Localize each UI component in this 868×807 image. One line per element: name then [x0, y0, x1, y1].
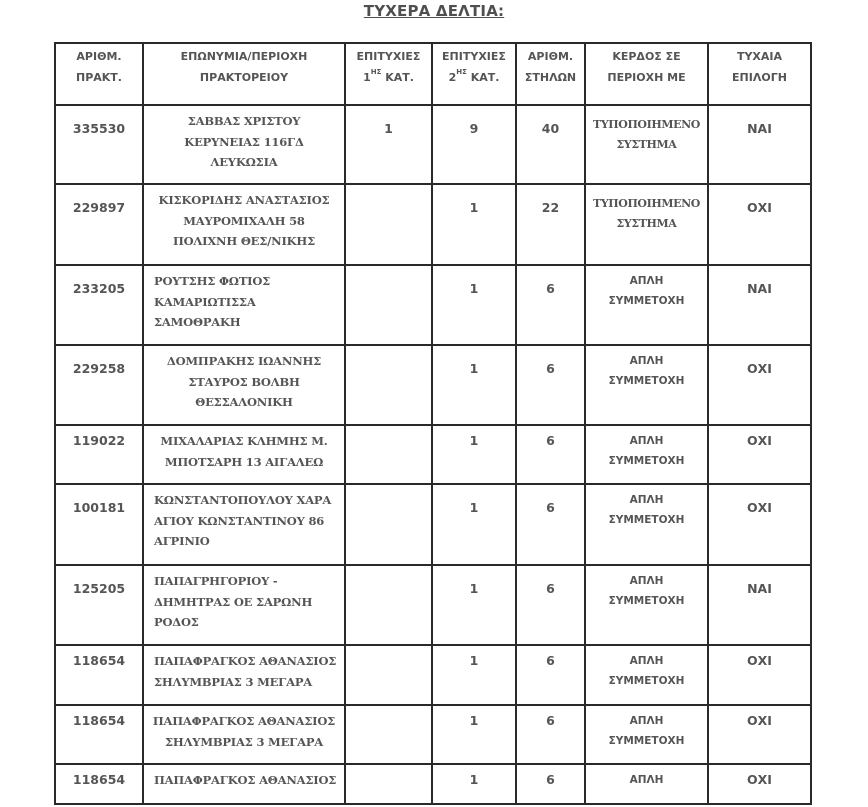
wins-cat2: 1 [432, 705, 516, 764]
random-pick: ΟΧΙ [708, 425, 811, 484]
table-row: 233205ΡΟΥΤΣΗΣ ΦΩΤΙΟΣΚΑΜΑΡΙΩΤΙΣΣΑΣΑΜΟΘΡΑΚ… [55, 265, 811, 345]
table-row: 125205ΠΑΠΑΓΡΗΓΟΡΙΟΥ -ΔΗΜΗΤΡΑΣ ΟΕ ΣΑΡΩΝΗΡ… [55, 565, 811, 645]
agency-name-area: ΣΑΒΒΑΣ ΧΡΙΣΤΟΥΚΕΡΥΝΕΙΑΣ 116ΓΔΛΕΥΚΩΣΙΑ [143, 105, 345, 184]
random-pick: ΟΧΙ [708, 645, 811, 705]
agency-name-area: ΠΑΠΑΓΡΗΓΟΡΙΟΥ -ΔΗΜΗΤΡΑΣ ΟΕ ΣΑΡΩΝΗΡΟΔΟΣ [143, 565, 345, 645]
wins-cat1 [345, 764, 432, 804]
agency-name-area: ΡΟΥΤΣΗΣ ΦΩΤΙΟΣΚΑΜΑΡΙΩΤΙΣΣΑΣΑΜΟΘΡΑΚΗ [143, 265, 345, 345]
columns-count: 6 [516, 425, 585, 484]
agency-name-area: ΜΙΧΑΛΑΡΙΑΣ ΚΛΗΜΗΣ Μ.ΜΠΟΤΣΑΡΗ 13 ΑΙΓΑΛΕΩ [143, 425, 345, 484]
wins-cat1 [345, 645, 432, 705]
header-random-pick: ΤΥΧΑΙΑ ΕΠΙΛΟΓΗ [708, 43, 811, 105]
header-agency-no: ΑΡΙΘΜ. ΠΡΑΚΤ. [55, 43, 143, 105]
wins-cat2: 1 [432, 345, 516, 425]
prize-via: ΑΠΛΗΣΥΜΜΕΤΟΧΗ [585, 645, 708, 705]
table-row: 119022ΜΙΧΑΛΑΡΙΑΣ ΚΛΗΜΗΣ Μ.ΜΠΟΤΣΑΡΗ 13 ΑΙ… [55, 425, 811, 484]
agency-number: 229258 [55, 345, 143, 425]
random-pick: ΟΧΙ [708, 484, 811, 565]
wins-cat1 [345, 425, 432, 484]
wins-cat1 [345, 345, 432, 425]
random-pick: ΝΑΙ [708, 105, 811, 184]
wins-cat1 [345, 705, 432, 764]
columns-count: 40 [516, 105, 585, 184]
table-row: 118654ΠΑΠΑΦΡΑΓΚΟΣ ΑΘΑΝΑΣΙΟΣΣΗΛΥΜΒΡΙΑΣ 3 … [55, 645, 811, 705]
prize-via: ΤΥΠΟΠΟΙΗΜΕΝΟΣΥΣΤΗΜΑ [585, 105, 708, 184]
agency-number: 118654 [55, 705, 143, 764]
wins-cat2: 1 [432, 184, 516, 265]
agency-number: 125205 [55, 565, 143, 645]
columns-count: 6 [516, 764, 585, 804]
prize-via: ΑΠΛΗΣΥΜΜΕΤΟΧΗ [585, 345, 708, 425]
wins-cat2: 1 [432, 565, 516, 645]
agency-number: 335530 [55, 105, 143, 184]
agency-number: 119022 [55, 425, 143, 484]
header-wins-cat1: ΕΠΙΤΥΧΙΕΣ 1ΗΣ ΚΑΤ. [345, 43, 432, 105]
wins-cat2: 1 [432, 645, 516, 705]
table-row: 100181ΚΩΝΣΤΑΝΤΟΠΟΥΛΟΥ ΧΑΡΑΑΓΙΟΥ ΚΩΝΣΤΑΝΤ… [55, 484, 811, 565]
header-columns: ΑΡΙΘΜ. ΣΤΗΛΩΝ [516, 43, 585, 105]
header-prize-via: ΚΕΡΔΟΣ ΣΕ ΠΕΡΙΟΧΗ ΜΕ [585, 43, 708, 105]
wins-cat2: 9 [432, 105, 516, 184]
columns-count: 6 [516, 645, 585, 705]
table-header-row: ΑΡΙΘΜ. ΠΡΑΚΤ. ΕΠΩΝΥΜΙΑ/ΠΕΡΙΟΧΗ ΠΡΑΚΤΟΡΕΙ… [55, 43, 811, 105]
prize-via: ΑΠΛΗ [585, 764, 708, 804]
agency-number: 118654 [55, 764, 143, 804]
random-pick: ΟΧΙ [708, 705, 811, 764]
columns-count: 6 [516, 484, 585, 565]
random-pick: ΟΧΙ [708, 184, 811, 265]
prize-via: ΑΠΛΗΣΥΜΜΕΤΟΧΗ [585, 565, 708, 645]
prize-via: ΑΠΛΗΣΥΜΜΕΤΟΧΗ [585, 425, 708, 484]
agency-name-area: ΚΩΝΣΤΑΝΤΟΠΟΥΛΟΥ ΧΑΡΑΑΓΙΟΥ ΚΩΝΣΤΑΝΤΙΝΟΥ 8… [143, 484, 345, 565]
table-row: 118654ΠΑΠΑΦΡΑΓΚΟΣ ΑΘΑΝΑΣΙΟΣΣΗΛΥΜΒΡΙΑΣ 3 … [55, 705, 811, 764]
agency-name-area: ΠΑΠΑΦΡΑΓΚΟΣ ΑΘΑΝΑΣΙΟΣΣΗΛΥΜΒΡΙΑΣ 3 ΜΕΓΑΡΑ [143, 645, 345, 705]
wins-cat2: 1 [432, 425, 516, 484]
wins-cat2: 1 [432, 484, 516, 565]
wins-cat2: 1 [432, 265, 516, 345]
columns-count: 6 [516, 265, 585, 345]
prize-via: ΑΠΛΗΣΥΜΜΕΤΟΧΗ [585, 265, 708, 345]
header-wins-cat2: ΕΠΙΤΥΧΙΕΣ 2ΗΣ ΚΑΤ. [432, 43, 516, 105]
agency-number: 118654 [55, 645, 143, 705]
agency-number: 100181 [55, 484, 143, 565]
random-pick: ΟΧΙ [708, 345, 811, 425]
prize-via: ΤΥΠΟΠΟΙΗΜΕΝΟΣΥΣΤΗΜΑ [585, 184, 708, 265]
table-row: 118654ΠΑΠΑΦΡΑΓΚΟΣ ΑΘΑΝΑΣΙΟΣ16ΑΠΛΗΟΧΙ [55, 764, 811, 804]
agency-name-area: ΠΑΠΑΦΡΑΓΚΟΣ ΑΘΑΝΑΣΙΟΣΣΗΛΥΜΒΡΙΑΣ 3 ΜΕΓΑΡΑ [143, 705, 345, 764]
table-row: 229258ΔΟΜΠΡΑΚΗΣ ΙΩΑΝΝΗΣΣΤΑΥΡΟΣ ΒΟΛΒΗΘΕΣΣ… [55, 345, 811, 425]
wins-cat1 [345, 565, 432, 645]
lucky-tickets-table: ΑΡΙΘΜ. ΠΡΑΚΤ. ΕΠΩΝΥΜΙΑ/ΠΕΡΙΟΧΗ ΠΡΑΚΤΟΡΕΙ… [54, 42, 812, 805]
random-pick: ΟΧΙ [708, 764, 811, 804]
table-row: 335530ΣΑΒΒΑΣ ΧΡΙΣΤΟΥΚΕΡΥΝΕΙΑΣ 116ΓΔΛΕΥΚΩ… [55, 105, 811, 184]
random-pick: ΝΑΙ [708, 565, 811, 645]
columns-count: 6 [516, 705, 585, 764]
agency-number: 233205 [55, 265, 143, 345]
wins-cat1 [345, 265, 432, 345]
prize-via: ΑΠΛΗΣΥΜΜΕΤΟΧΗ [585, 705, 708, 764]
random-pick: ΝΑΙ [708, 265, 811, 345]
columns-count: 6 [516, 345, 585, 425]
agency-number: 229897 [55, 184, 143, 265]
agency-name-area: ΠΑΠΑΦΡΑΓΚΟΣ ΑΘΑΝΑΣΙΟΣ [143, 764, 345, 804]
agency-name-area: ΚΙΣΚΟΡΙΔΗΣ ΑΝΑΣΤΑΣΙΟΣΜΑΥΡΟΜΙΧΑΛΗ 58ΠΟΛΙΧ… [143, 184, 345, 265]
agency-name-area: ΔΟΜΠΡΑΚΗΣ ΙΩΑΝΝΗΣΣΤΑΥΡΟΣ ΒΟΛΒΗΘΕΣΣΑΛΟΝΙΚ… [143, 345, 345, 425]
columns-count: 22 [516, 184, 585, 265]
header-name-area: ΕΠΩΝΥΜΙΑ/ΠΕΡΙΟΧΗ ΠΡΑΚΤΟΡΕΙΟΥ [143, 43, 345, 105]
table-row: 229897ΚΙΣΚΟΡΙΔΗΣ ΑΝΑΣΤΑΣΙΟΣΜΑΥΡΟΜΙΧΑΛΗ 5… [55, 184, 811, 265]
wins-cat1 [345, 184, 432, 265]
wins-cat1 [345, 484, 432, 565]
wins-cat2: 1 [432, 764, 516, 804]
columns-count: 6 [516, 565, 585, 645]
prize-via: ΑΠΛΗΣΥΜΜΕΤΟΧΗ [585, 484, 708, 565]
wins-cat1: 1 [345, 105, 432, 184]
page-title: ΤΥΧΕΡΑ ΔΕΛΤΙΑ: [0, 2, 868, 20]
